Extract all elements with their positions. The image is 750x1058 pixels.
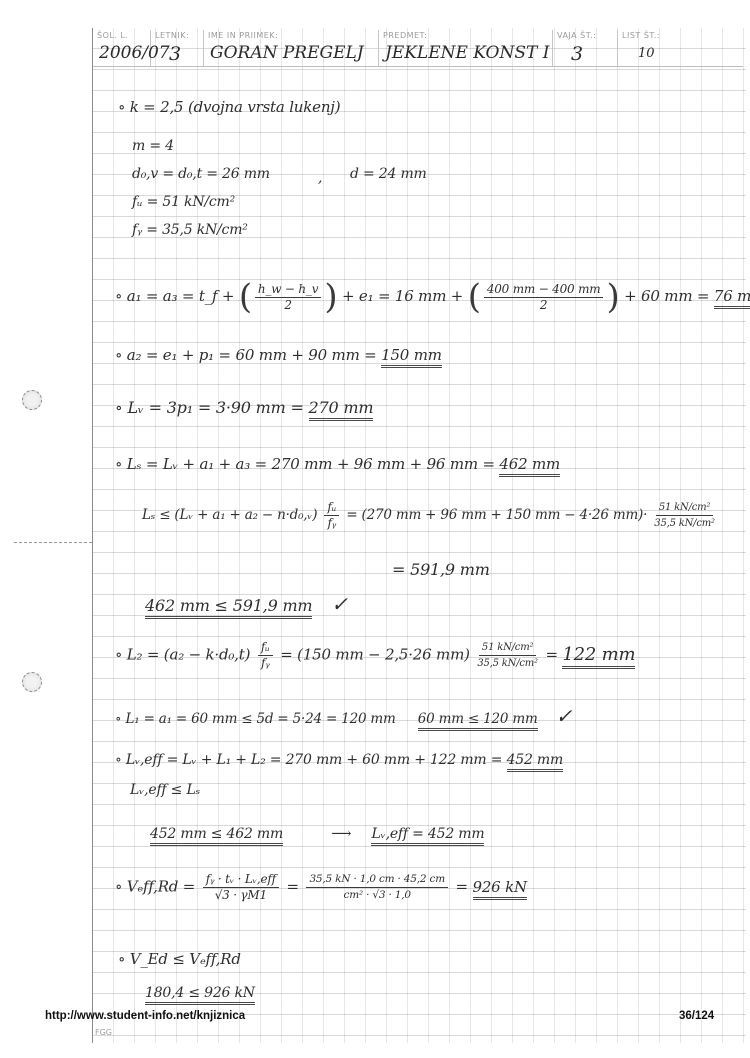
field-label: PREDMET:: [383, 31, 427, 40]
line-d: d = 24 mm: [350, 166, 427, 182]
equation-ls-inequality: Lₛ ≤ (Lᵥ + a₁ + a₂ − n·d₀,ᵥ) fᵤfᵧ = (270…: [142, 500, 718, 531]
fraction-denominator: fᵧ: [328, 516, 337, 531]
l1-expr: ∘ L₁ = a₁ = 60 mm ≤ 5d = 5·24 = 120 mm: [115, 711, 396, 727]
fraction-denominator: 2: [284, 298, 291, 313]
lveff-final: Lᵥ,eff = 452 mm: [371, 826, 484, 846]
fraction-numerator: 51 kN/cm²: [656, 500, 713, 516]
fraction: fᵤfᵧ: [258, 640, 273, 671]
ls-check-expr: 462 mm ≤ 591,9 mm: [145, 596, 312, 619]
fraction-numerator: 51 kN/cm²: [479, 640, 536, 656]
checkmark-icon: ✓: [556, 704, 573, 728]
fraction: 51 kN/cm²35,5 kN/cm²: [477, 640, 538, 671]
a1-lhs: ∘ a₁ = a₃ = t_f +: [115, 287, 234, 305]
punch-hole-icon: [22, 390, 42, 410]
ls-result: 462 mm: [499, 455, 560, 477]
lveff-condition: Lᵥ,eff ≤ Lₛ: [130, 782, 200, 798]
veff-eq2: =: [456, 878, 468, 896]
field-value: GORAN PREGELJ: [210, 43, 364, 63]
lveff-compare: 452 mm ≤ 462 mm ⟶ Lᵥ,eff = 452 mm: [150, 826, 484, 842]
equation-veff: ∘ Vₑff,Rd = fᵧ · tᵥ · Lᵥ,eff√3 · γM1 = 3…: [115, 872, 527, 903]
ls-check: 462 mm ≤ 591,9 mm ✓: [145, 592, 348, 616]
scanned-page: ŠOL. L. 2006/07 LETNIK: 3 IME IN PRIIMEK…: [0, 0, 750, 1058]
equation-lveff: ∘ Lᵥ,eff = Lᵥ + L₁ + L₂ = 270 mm + 60 mm…: [115, 752, 563, 768]
equation-ls: ∘ Lₛ = Lᵥ + a₁ + a₃ = 270 mm + 96 mm + 9…: [115, 455, 560, 473]
l2-result: 122 mm: [562, 644, 635, 669]
field-label: LIST ŠT.:: [622, 31, 660, 40]
veff-lhs: ∘ Vₑff,Rd =: [115, 878, 195, 896]
field-label: VAJA ŠT.:: [557, 31, 596, 40]
fraction: 51 kN/cm²35,5 kN/cm²: [654, 500, 715, 531]
fraction-denominator: √3 · γM1: [215, 888, 267, 903]
fraction: 400 mm − 400 mm2: [484, 282, 604, 313]
paren: ): [606, 277, 619, 317]
line-m: m = 4: [132, 138, 174, 154]
line-fu: fᵤ = 51 kN/cm²: [132, 194, 235, 210]
a2-result: 150 mm: [381, 346, 442, 368]
header-year: LETNIK: 3: [151, 30, 204, 66]
fraction-denominator: fᵧ: [261, 656, 270, 671]
ls-ineq-rhs: = (270 mm + 96 mm + 150 mm − 4·26 mm)·: [346, 507, 647, 523]
equation-a2: ∘ a₂ = e₁ + p₁ = 60 mm + 90 mm = 150 mm: [115, 346, 442, 364]
fraction-numerator: fᵤ: [258, 640, 273, 656]
ved-check: 180,4 ≤ 926 kN: [145, 985, 255, 1001]
field-value: 3: [169, 43, 181, 65]
field-value: JEKLENE KONST I: [385, 43, 549, 63]
ls-value: = 591,9 mm: [392, 560, 490, 579]
ved-check-expr: 180,4 ≤ 926 kN: [145, 985, 255, 1005]
lv-expr: ∘ Lᵥ = 3p₁ = 3·90 mm =: [115, 398, 304, 417]
fraction: fᵧ · tᵥ · Lᵥ,eff√3 · γM1: [203, 872, 279, 903]
paren: (: [239, 277, 252, 317]
l2-mid: = (150 mm − 2,5·26 mm): [280, 646, 470, 664]
header-subject: PREDMET: JEKLENE KONST I: [379, 30, 553, 66]
field-label: LETNIK:: [155, 31, 189, 40]
footer-code: FGG: [95, 1028, 112, 1037]
header-name: IME IN PRIIMEK: GORAN PREGELJ: [204, 30, 379, 66]
fraction-denominator: cm² · √3 · 1,0: [344, 888, 411, 903]
separator: ,: [318, 170, 322, 186]
l2-eq: =: [545, 646, 557, 664]
veff-result: 926 kN: [473, 878, 527, 900]
fold-mark: [14, 542, 92, 543]
a1-result: 76 mm: [714, 287, 750, 309]
header-sheet: LIST ŠT.: 10: [618, 30, 698, 66]
fraction-denominator: 35,5 kN/cm²: [477, 656, 538, 671]
lveff-cmp-expr: 452 mm ≤ 462 mm: [150, 826, 283, 846]
ls-ineq-lhs: Lₛ ≤ (Lᵥ + a₁ + a₂ − n·d₀,ᵥ): [142, 507, 317, 523]
paren: ): [324, 277, 337, 317]
equation-a1: ∘ a₁ = a₃ = t_f + (h_w − h_v2) + e₁ = 16…: [115, 280, 750, 314]
arrow-right-icon: ⟶: [331, 826, 351, 842]
equation-l1: ∘ L₁ = a₁ = 60 mm ≤ 5d = 5·24 = 120 mm 6…: [115, 704, 572, 728]
lv-result: 270 mm: [309, 398, 374, 421]
field-value: 10: [638, 46, 655, 61]
line-fy: fᵧ = 35,5 kN/cm²: [132, 222, 248, 238]
fraction: 35,5 kN · 1,0 cm · 45,2 cmcm² · √3 · 1,0: [306, 872, 448, 903]
l2-lhs: ∘ L₂ = (a₂ − k·d₀,t): [115, 646, 250, 664]
source-url[interactable]: http://www.student-info.net/knjiznica: [45, 1010, 245, 1022]
punch-hole-icon: [22, 672, 42, 692]
fraction-denominator: 35,5 kN/cm²: [654, 516, 715, 531]
a2-expr: ∘ a₂ = e₁ + p₁ = 60 mm + 90 mm =: [115, 346, 377, 364]
fraction-numerator: h_w − h_v: [255, 282, 321, 298]
ls-expr: ∘ Lₛ = Lᵥ + a₁ + a₃ = 270 mm + 96 mm + 9…: [115, 455, 495, 473]
fraction: h_w − h_v2: [255, 282, 321, 313]
field-value: 3: [571, 43, 583, 65]
page-number: 36/124: [679, 1010, 714, 1022]
fraction-numerator: 35,5 kN · 1,0 cm · 45,2 cm: [306, 872, 448, 888]
field-label: IME IN PRIIMEK:: [208, 31, 278, 40]
a1-mid: + e₁ = 16 mm +: [342, 287, 463, 305]
line-k: ∘ k = 2,5 (dvojna vrsta lukenj): [118, 98, 340, 116]
paren: (: [468, 277, 481, 317]
lveff-expr: ∘ Lᵥ,eff = Lᵥ + L₁ + L₂ = 270 mm + 60 mm…: [115, 752, 502, 768]
line-d0: d₀,v = d₀,t = 26 mm: [132, 166, 270, 182]
field-label: ŠOL. L.: [97, 31, 128, 40]
fraction: fᵤfᵧ: [324, 500, 339, 531]
fraction-numerator: fᵧ · tᵥ · Lᵥ,eff: [203, 872, 279, 888]
l1-check-expr: 60 mm ≤ 120 mm: [418, 711, 538, 731]
lveff-result: 452 mm: [507, 752, 564, 772]
checkmark-icon: ✓: [331, 592, 348, 616]
fraction-denominator: 2: [540, 298, 547, 313]
veff-eq: =: [286, 878, 298, 896]
equation-lv: ∘ Lᵥ = 3p₁ = 3·90 mm = 270 mm: [115, 398, 373, 417]
fraction-numerator: fᵤ: [324, 500, 339, 516]
ved-condition: ∘ V_Ed ≤ Vₑff,Rd: [118, 950, 241, 968]
a1-tail: + 60 mm =: [624, 287, 709, 305]
equation-l2: ∘ L₂ = (a₂ − k·d₀,t) fᵤfᵧ = (150 mm − 2,…: [115, 640, 635, 671]
header-table: ŠOL. L. 2006/07 LETNIK: 3 IME IN PRIIMEK…: [93, 30, 743, 67]
fraction-numerator: 400 mm − 400 mm: [484, 282, 604, 298]
header-school-year: ŠOL. L. 2006/07: [93, 30, 151, 66]
header-exercise: VAJA ŠT.: 3: [553, 30, 618, 66]
